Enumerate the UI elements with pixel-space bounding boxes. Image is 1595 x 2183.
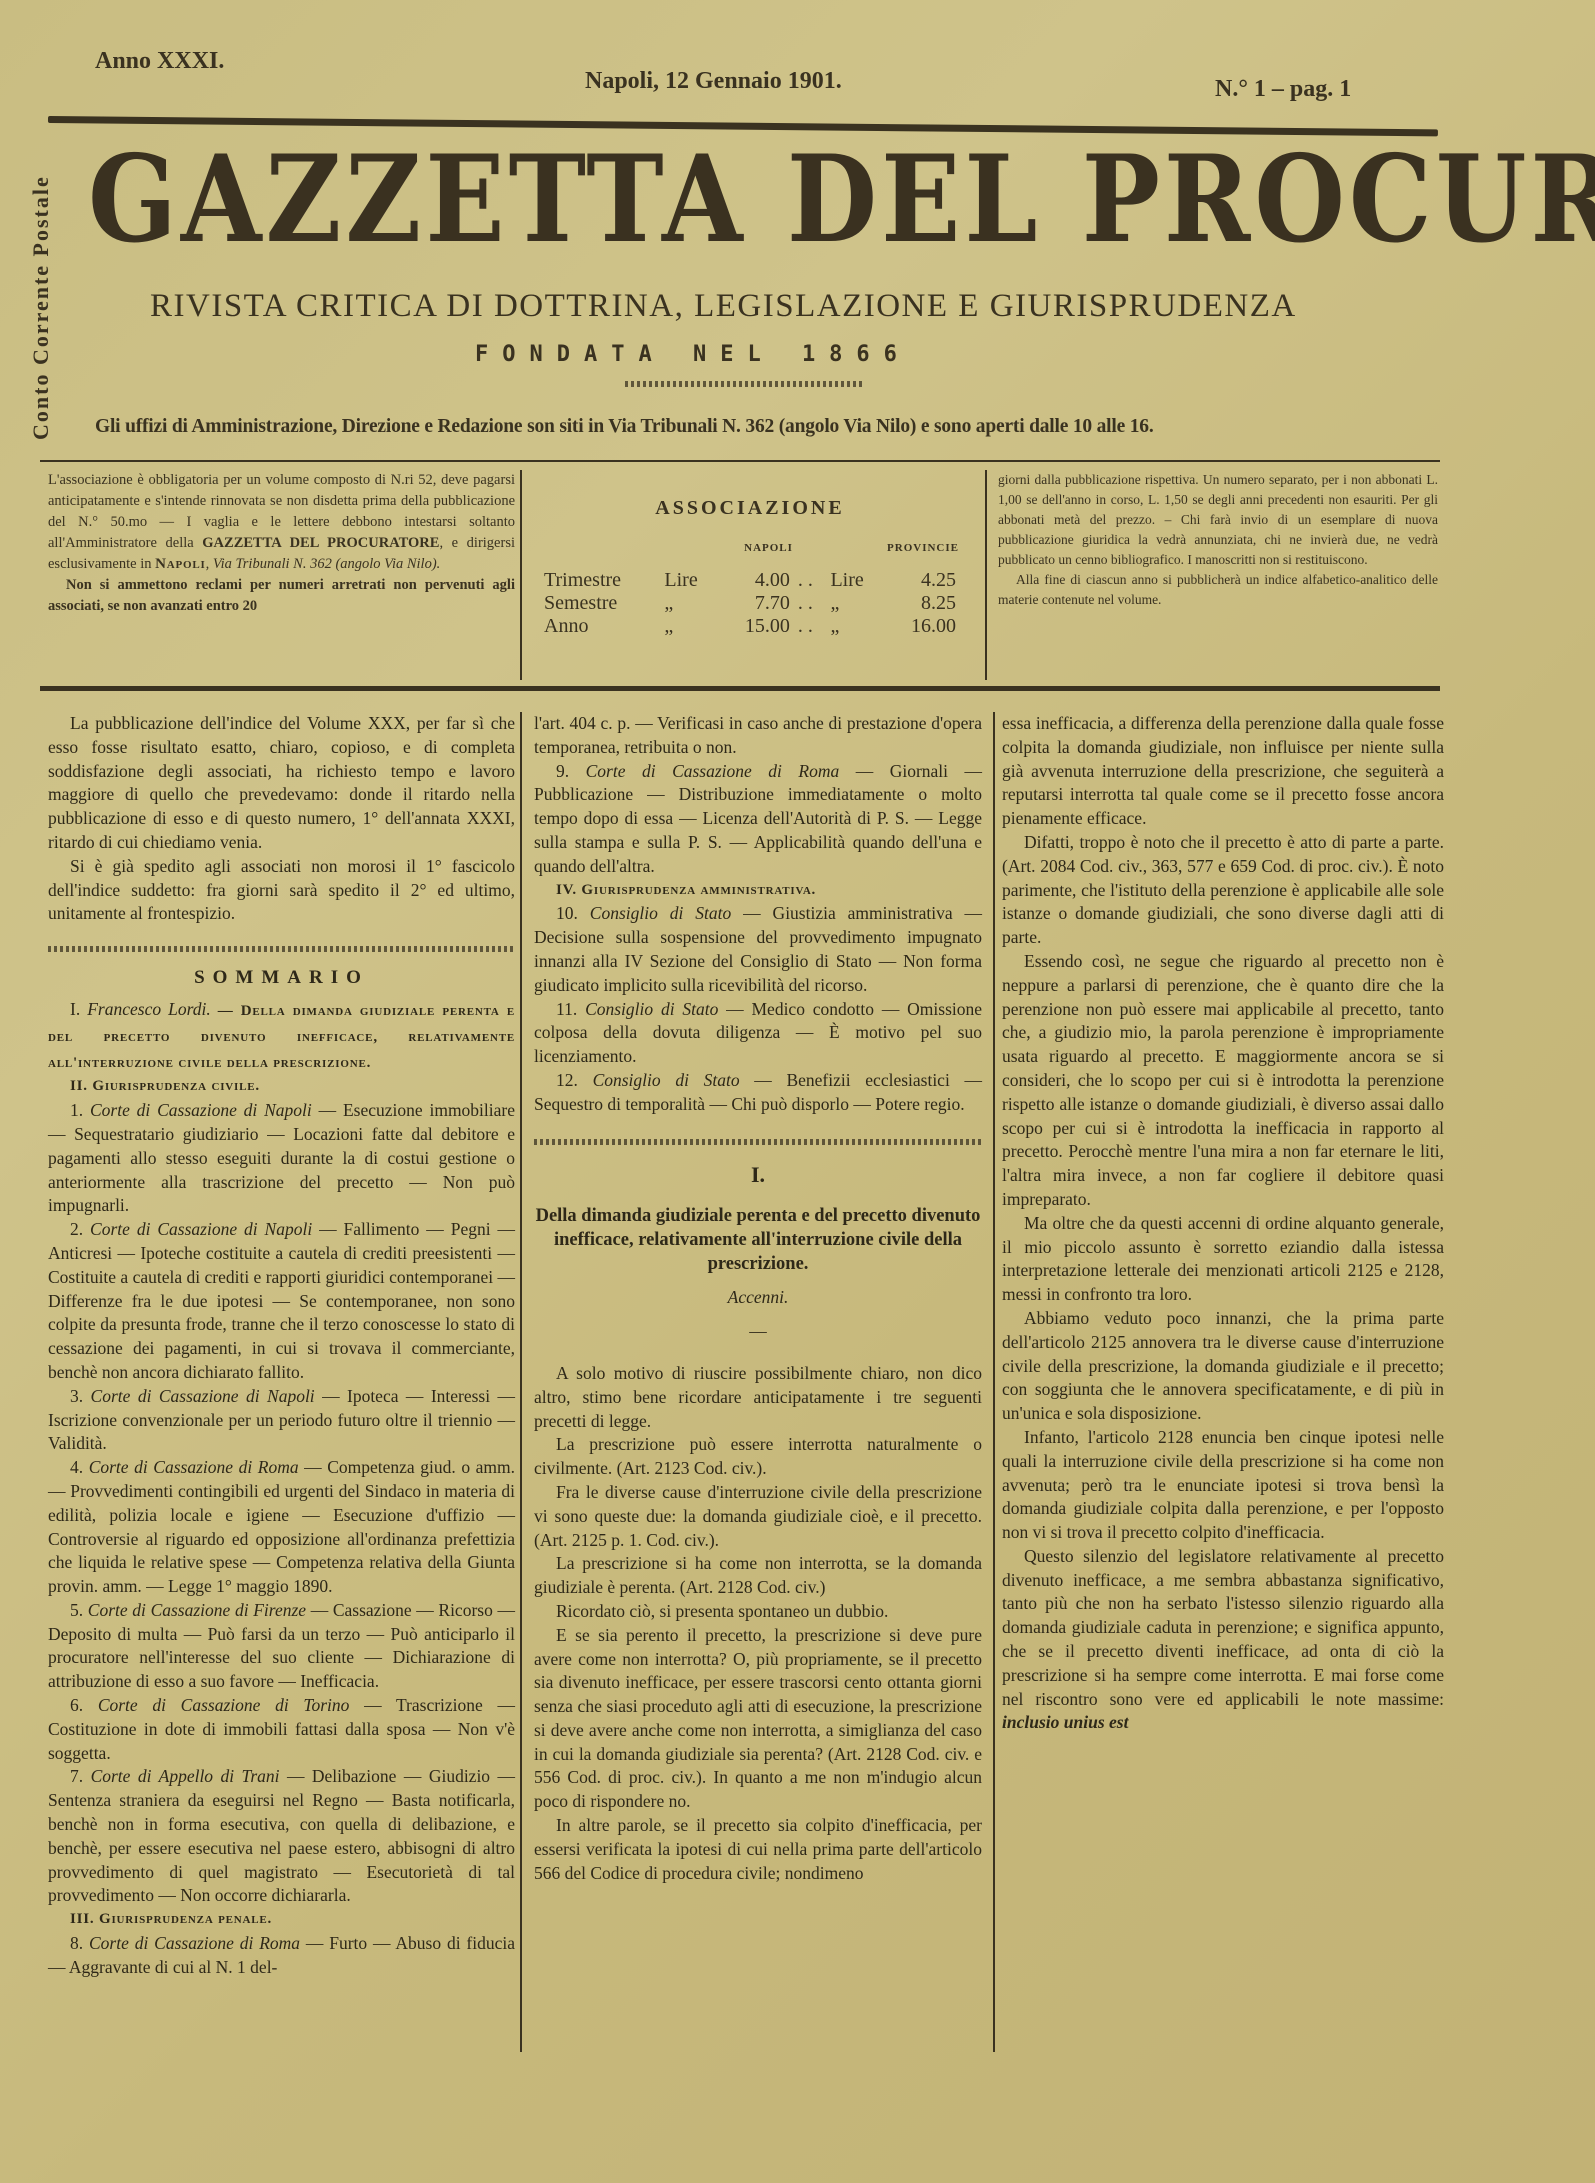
single-issue-text: giorni dalla pubblicazione rispettiva. U…	[998, 470, 1438, 570]
article-paragraph: Infanto, l'articolo 2128 enuncia ben cin…	[1002, 1426, 1444, 1545]
item-number: 3.	[70, 1386, 83, 1406]
founded-line: FONDATA NEL 1866	[475, 342, 911, 367]
item-number: 7.	[70, 1766, 83, 1786]
item-author: Francesco Lordi.	[87, 999, 211, 1019]
price-provincie: 8.25	[885, 592, 960, 615]
sommario-item: 10. Consiglio di Stato — Giustizia ammin…	[534, 902, 982, 997]
article-dash: —	[534, 1320, 982, 1344]
item-number: 10.	[556, 903, 578, 923]
index-shipping-notice: Si è già spedito agli associati non moro…	[48, 855, 515, 926]
item-court: Corte di Cassazione di Roma	[586, 761, 840, 781]
column-2: l'art. 404 c. p. — Verificasi in caso an…	[534, 712, 982, 1885]
info-bottom-rule	[40, 686, 1440, 691]
price-unit: „	[826, 615, 884, 638]
side-label: Conto Corrente Postale	[28, 175, 54, 440]
item-number: 2.	[70, 1219, 83, 1239]
sommario-item: 8. Corte di Cassazione di Roma — Furto —…	[48, 1932, 515, 1980]
article-paragraph: Questo silenzio del legislatore relativa…	[1002, 1545, 1444, 1735]
column-3: essa inefficacia, a differenza della per…	[1002, 712, 1444, 1735]
paragraph-text: Questo silenzio del legislatore relativa…	[1002, 1546, 1444, 1709]
article-paragraph: La prescrizione può essere interrotta na…	[534, 1433, 982, 1481]
price-napoli: 15.00	[719, 615, 794, 638]
price-unit: Lire	[660, 569, 718, 592]
offices-line: Gli uffizi di Amministrazione, Direzione…	[95, 416, 1154, 438]
issue-number: N.° 1 – pag. 1	[1215, 76, 1351, 103]
info-subscription-terms: L'associazione è obbligatoria per un vol…	[48, 470, 515, 617]
item-court: Corte di Cassazione di Torino	[98, 1695, 350, 1715]
item-text: — Fallimento — Pegni — Anticresi — Ipote…	[48, 1219, 515, 1382]
price-provincie: 16.00	[885, 615, 960, 638]
article-paragraph: A solo motivo di riuscire possibilmente …	[534, 1362, 982, 1433]
section-heading: III. Giurisprudenza penale.	[48, 1908, 515, 1932]
terms-claims: Non si ammettono reclami per numeri arre…	[48, 575, 515, 617]
article-paragraph: Difatti, troppo è noto che il precetto è…	[1002, 831, 1444, 950]
sommario-item: 1. Corte di Cassazione di Napoli — Esecu…	[48, 1099, 515, 1218]
item-court: Corte di Cassazione di Napoli	[90, 1219, 312, 1239]
sommario-item-I: I. Francesco Lordi. — Della dimanda giud…	[48, 998, 515, 1075]
col-napoli: NAPOLI	[660, 537, 794, 569]
annual-index-text: Alla fine di ciascun anno si pubblicherà…	[998, 570, 1438, 610]
index-notice: La pubblicazione dell'indice del Volume …	[48, 712, 515, 855]
year-label: Anno XXXI.	[95, 48, 224, 75]
article-paragraph: Essendo così, ne segue che riguardo al p…	[1002, 950, 1444, 1212]
item-court: Consiglio di Stato	[593, 1070, 740, 1090]
info-subscription-prices: ASSOCIAZIONE NAPOLI PROVINCIE Trimestre …	[540, 470, 960, 638]
item-number: I.	[70, 999, 80, 1019]
price-sep: . .	[794, 615, 827, 638]
item-number: 6.	[70, 1695, 83, 1715]
sommario-item: 6. Corte di Cassazione di Torino — Trasc…	[48, 1694, 515, 1765]
section-heading: IV. Giurisprudenza amministrativa.	[534, 879, 982, 903]
item-court: Corte di Cassazione di Napoli	[90, 1100, 312, 1120]
newspaper-page: Conto Corrente Postale Anno XXXI. Napoli…	[0, 0, 1595, 2183]
article-paragraph: La prescrizione si ha come non interrott…	[534, 1552, 982, 1600]
item-court: Corte di Appello di Trani	[91, 1766, 280, 1786]
price-unit: „	[660, 592, 718, 615]
terms-address: , Via Tribunali N. 362 (angolo Via Nilo)…	[206, 556, 441, 572]
info-top-rule	[40, 460, 1440, 462]
prices-table: NAPOLI PROVINCIE Trimestre Lire 4.00 . .…	[540, 537, 960, 638]
item-court: Corte di Cassazione di Roma	[89, 1933, 300, 1953]
article-number: I.	[534, 1163, 982, 1187]
issue-date: Napoli, 12 Gennaio 1901.	[585, 68, 842, 95]
article-paragraph: Ma oltre che da questi accenni di ordine…	[1002, 1212, 1444, 1307]
column-rule-2	[993, 712, 995, 2052]
terms-gazette-name: GAZZETTA DEL PROCURATORE	[202, 535, 439, 551]
article-subtitle: Accenni.	[534, 1286, 982, 1310]
item-court: Consiglio di Stato	[590, 903, 731, 923]
latin-maxim: inclusio unius est	[1002, 1712, 1128, 1732]
sommario-item: 7. Corte di Appello di Trani — Delibazio…	[48, 1765, 515, 1908]
item-court: Corte di Cassazione di Firenze	[88, 1600, 306, 1620]
column-rule-1	[520, 712, 522, 2052]
sommario-item: 12. Consiglio di Stato — Benefizii eccle…	[534, 1069, 982, 1117]
price-napoli: 4.00	[719, 569, 794, 592]
sommario-item: 3. Corte di Cassazione di Napoli — Ipote…	[48, 1385, 515, 1456]
article-paragraph: Abbiamo veduto poco innanzi, che la prim…	[1002, 1307, 1444, 1426]
item-text: — Delibazione — Giudizio — Sentenza stra…	[48, 1766, 515, 1905]
sommario-item: 9. Corte di Cassazione di Roma — Giornal…	[534, 760, 982, 879]
article-title: Della dimanda giudiziale perenta e del p…	[534, 1204, 982, 1276]
item-number: 12.	[556, 1070, 578, 1090]
price-label: Anno	[540, 615, 660, 638]
item-number: 1.	[70, 1100, 83, 1120]
item-text: — Competenza giud. o amm. — Provvediment…	[48, 1457, 515, 1596]
top-meta: Anno XXXI. Napoli, 12 Gennaio 1901. N.° …	[95, 48, 1445, 88]
sommario-item: 2. Corte di Cassazione di Napoli — Falli…	[48, 1218, 515, 1385]
terms-city: Napoli	[155, 556, 205, 572]
article-paragraph: In altre parole, se il precetto sia colp…	[534, 1814, 982, 1885]
info-divider-1	[520, 470, 522, 680]
article-paragraph: Ricordato ciò, si presenta spontaneo un …	[534, 1600, 982, 1624]
item-court: Corte di Cassazione di Roma	[89, 1457, 299, 1477]
sommario-title: SOMMARIO	[48, 966, 515, 990]
price-label: Semestre	[540, 592, 660, 615]
price-unit: „	[826, 592, 884, 615]
price-row: Trimestre Lire 4.00 . . Lire 4.25	[540, 569, 960, 592]
article-paragraph: E se sia perento il precetto, la prescri…	[534, 1624, 982, 1814]
col-provincie: PROVINCIE	[826, 537, 960, 569]
price-row: Semestre „ 7.70 . . „ 8.25	[540, 592, 960, 615]
item-number: 8.	[70, 1933, 83, 1953]
masthead-title: GAZZETTA DEL PROCURATORE	[88, 140, 1448, 260]
sommario-item: 11. Consiglio di Stato — Medico condotto…	[534, 998, 982, 1069]
info-single-issues: giorni dalla pubblicazione rispettiva. U…	[998, 470, 1438, 610]
item-number: 4.	[70, 1457, 83, 1477]
item-court: Corte di Cassazione di Napoli	[91, 1386, 315, 1406]
price-unit: Lire	[826, 569, 884, 592]
price-sep: . .	[794, 569, 827, 592]
masthead-subtitle: RIVISTA CRITICA DI DOTTRINA, LEGISLAZION…	[150, 288, 1350, 325]
item-number: 11.	[556, 999, 577, 1019]
item-court: Consiglio di Stato	[585, 999, 718, 1019]
item-number: 5.	[70, 1600, 83, 1620]
price-unit: „	[660, 615, 718, 638]
price-sep: . .	[794, 592, 827, 615]
ornament-divider	[625, 381, 865, 387]
info-divider-2	[985, 470, 987, 680]
item-number: 9.	[556, 761, 569, 781]
ornament-divider	[534, 1139, 982, 1145]
article-paragraph: essa inefficacia, a differenza della per…	[1002, 712, 1444, 831]
price-label: Trimestre	[540, 569, 660, 592]
sommario-item: 4. Corte di Cassazione di Roma — Compete…	[48, 1456, 515, 1599]
sommario-item-continued: l'art. 404 c. p. — Verificasi in caso an…	[534, 712, 982, 760]
article-paragraph: Fra le diverse cause d'interruzione civi…	[534, 1481, 982, 1552]
ornament-divider	[48, 946, 515, 952]
price-row: Anno „ 15.00 . . „ 16.00	[540, 615, 960, 638]
sommario-item: 5. Corte di Cassazione di Firenze — Cass…	[48, 1599, 515, 1694]
section-heading: II. Giurisprudenza civile.	[48, 1075, 515, 1099]
column-1: La pubblicazione dell'indice del Volume …	[48, 712, 515, 1980]
price-provincie: 4.25	[885, 569, 960, 592]
prices-title: ASSOCIAZIONE	[540, 498, 960, 519]
price-napoli: 7.70	[719, 592, 794, 615]
